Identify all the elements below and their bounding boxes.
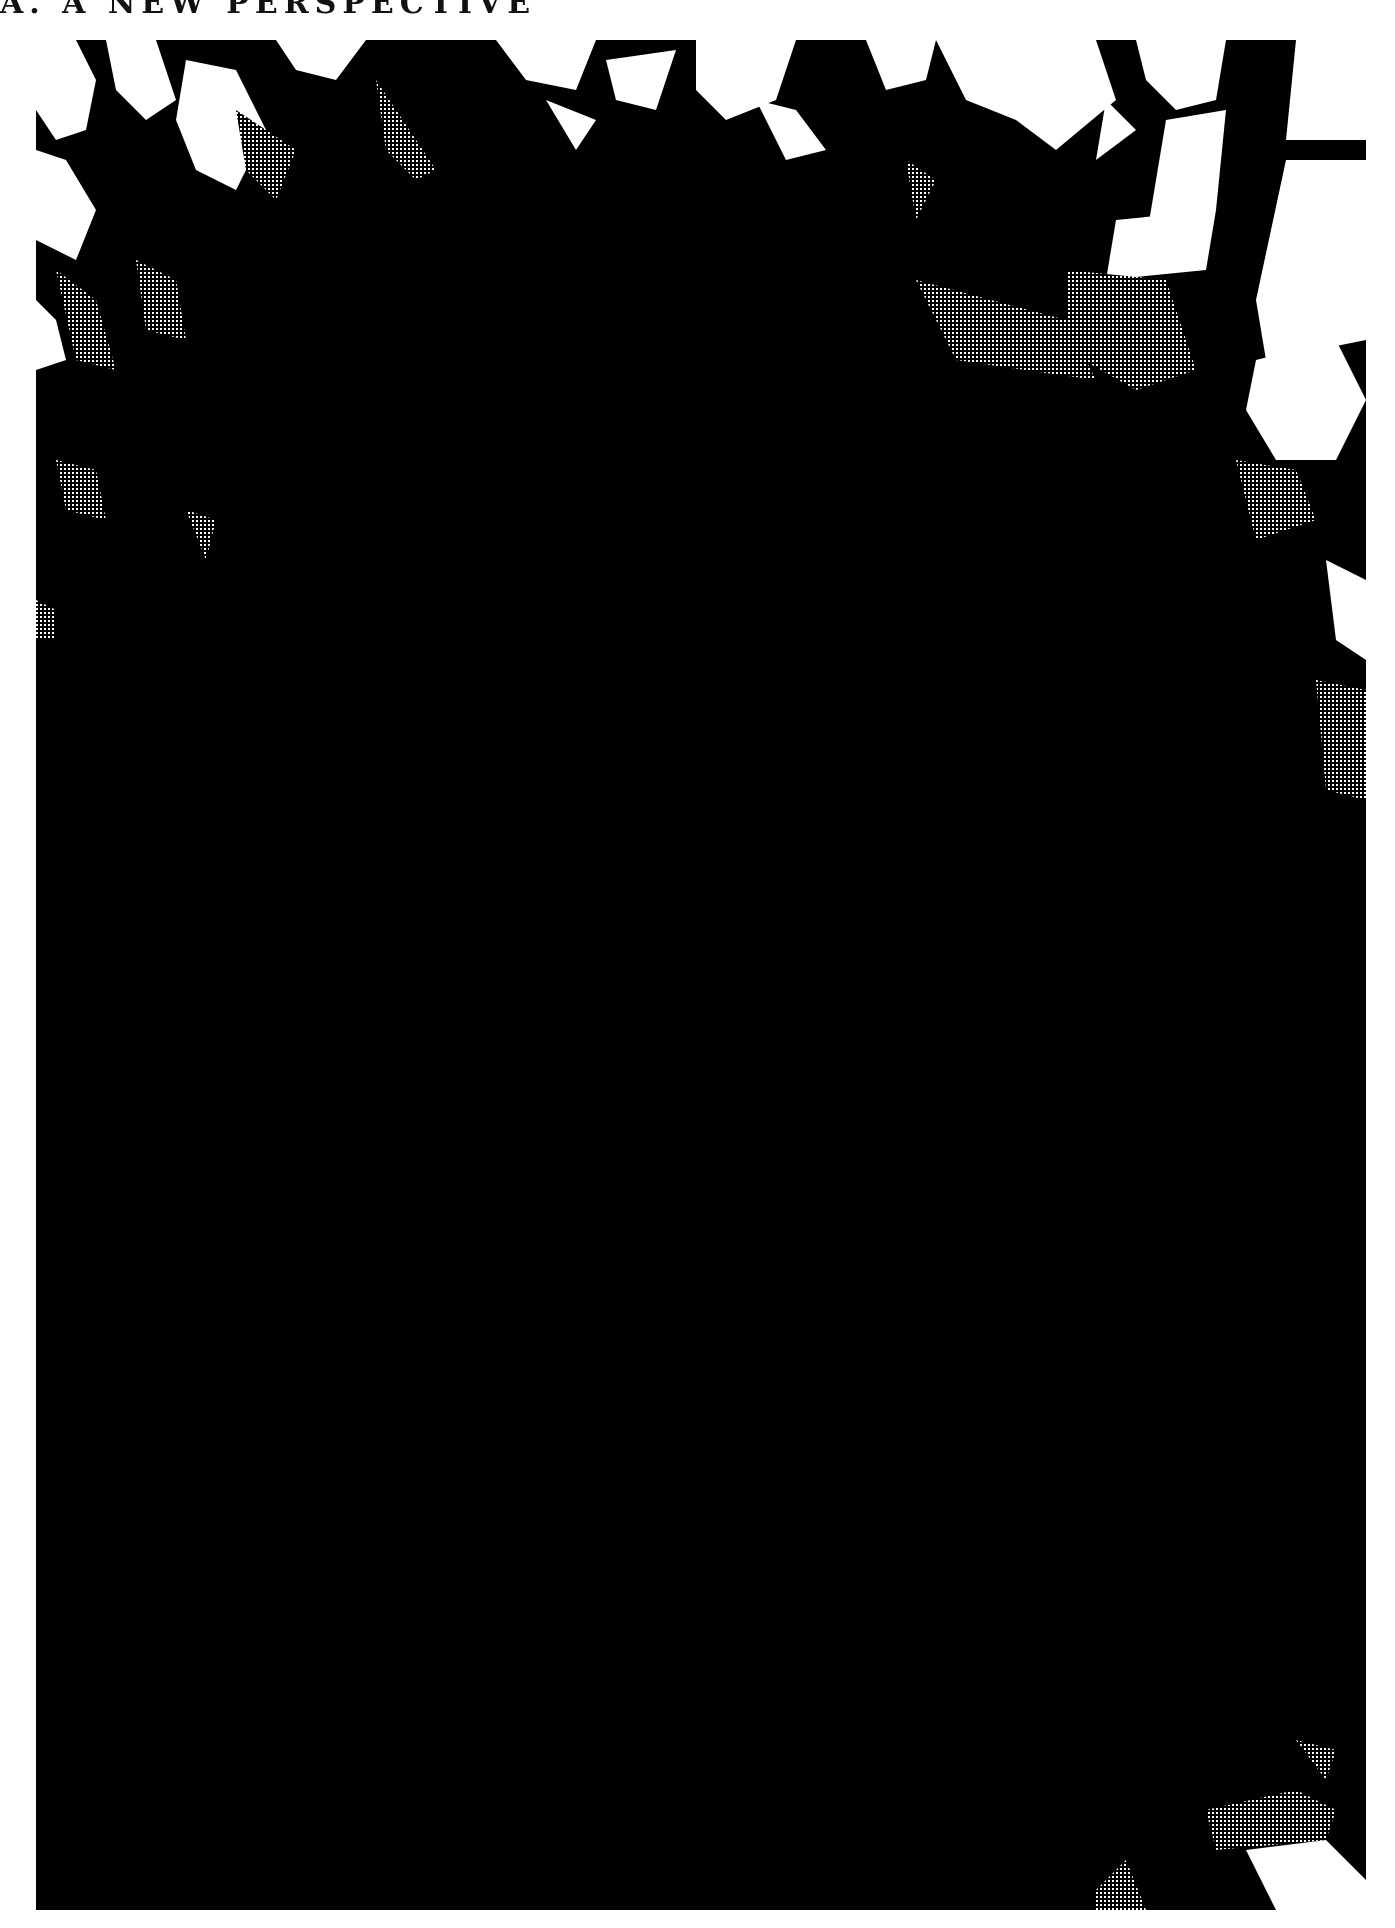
aerial-photograph bbox=[36, 40, 1366, 1910]
aerial-photo-drawing bbox=[36, 40, 1366, 1910]
section-heading: A. A NEW PERSPECTIVE bbox=[0, 0, 536, 21]
